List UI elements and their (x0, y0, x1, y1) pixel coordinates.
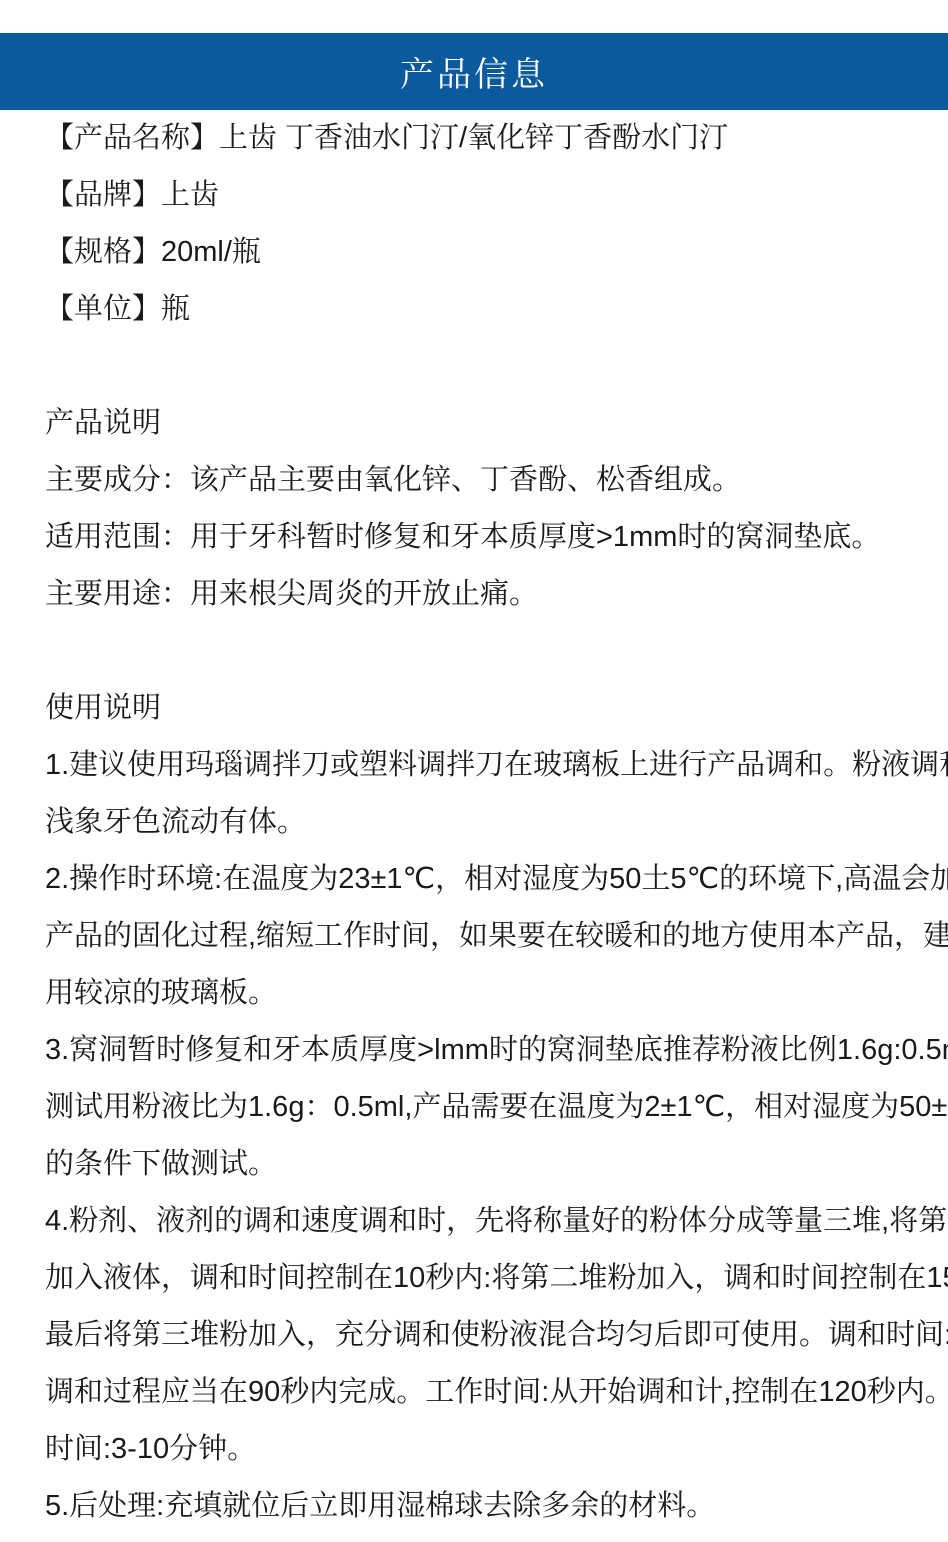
body-line: 的条件下做测试。 (45, 1136, 912, 1193)
body-line: 5.后处理:充填就位后立即用湿棉球去除多余的材料。 (45, 1478, 912, 1535)
body-line: 1.建议使用玛瑙调拌刀或塑料调拌刀在玻璃板上进行产品调和。粉液调和后为 (45, 737, 912, 794)
product-field-line: 【单位】瓶 (45, 281, 912, 338)
body-line: 主要成分：该产品主要由氧化锌、丁香酚、松香组成。 (45, 452, 912, 509)
body-line: 时间:3-10分钟。 (45, 1421, 912, 1478)
body-line: 主要用途：用来根尖周炎的开放止痛。 (45, 566, 912, 623)
product-field-line: 【规格】20ml/瓶 (45, 224, 912, 281)
document-content: 【产品名称】上齿 丁香油水门汀/氧化锌丁香酚水门汀【品牌】上齿【规格】20ml/… (0, 110, 948, 1535)
body-line: 4.粉剂、液剂的调和速度调和时，先将称量好的粉体分成等量三堆,将第一堆粉 (45, 1193, 912, 1250)
body-line: 3.窝洞暂时修复和牙本质厚度>lmm时的窝洞垫底推荐粉液比例1.6g:0.5ml… (45, 1022, 912, 1079)
body-line: 测试用粉液比为1.6g：0.5ml,产品需要在温度为2±1℃，相对湿度为50±5… (45, 1079, 912, 1136)
body-line: 调和过程应当在90秒内完成。工作时间:从开始调和计,控制在120秒内。固化 (45, 1364, 912, 1421)
body-line: 2.操作时环境:在温度为23±1℃，相对湿度为50土5℃的环境下,高温会加速本 (45, 851, 912, 908)
page-title: 产品信息 (400, 47, 548, 96)
product-field-line: 【产品名称】上齿 丁香油水门汀/氧化锌丁香酚水门汀 (45, 110, 912, 167)
body-line: 加入液体，调和时间控制在10秒内:将第二堆粉加入，调和时间控制在15秒内; (45, 1250, 912, 1307)
product-field-line: 【品牌】上齿 (45, 167, 912, 224)
body-line: 最后将第三堆粉加入，充分调和使粉液混合均匀后即可使用。调和时间:整个 (45, 1307, 912, 1364)
body-line: 用较凉的玻璃板。 (45, 965, 912, 1022)
header-bar: 产品信息 (0, 33, 948, 110)
section-heading: 产品说明 (45, 395, 912, 452)
body-line: 产品的固化过程,缩短工作时间，如果要在较暖和的地方使用本产品，建议使 (45, 908, 912, 965)
section-heading: 使用说明 (45, 680, 912, 737)
body-line: 浅象牙色流动有体。 (45, 794, 912, 851)
body-line: 适用范围：用于牙科暂时修复和牙本质厚度>1mm时的窝洞垫底。 (45, 509, 912, 566)
